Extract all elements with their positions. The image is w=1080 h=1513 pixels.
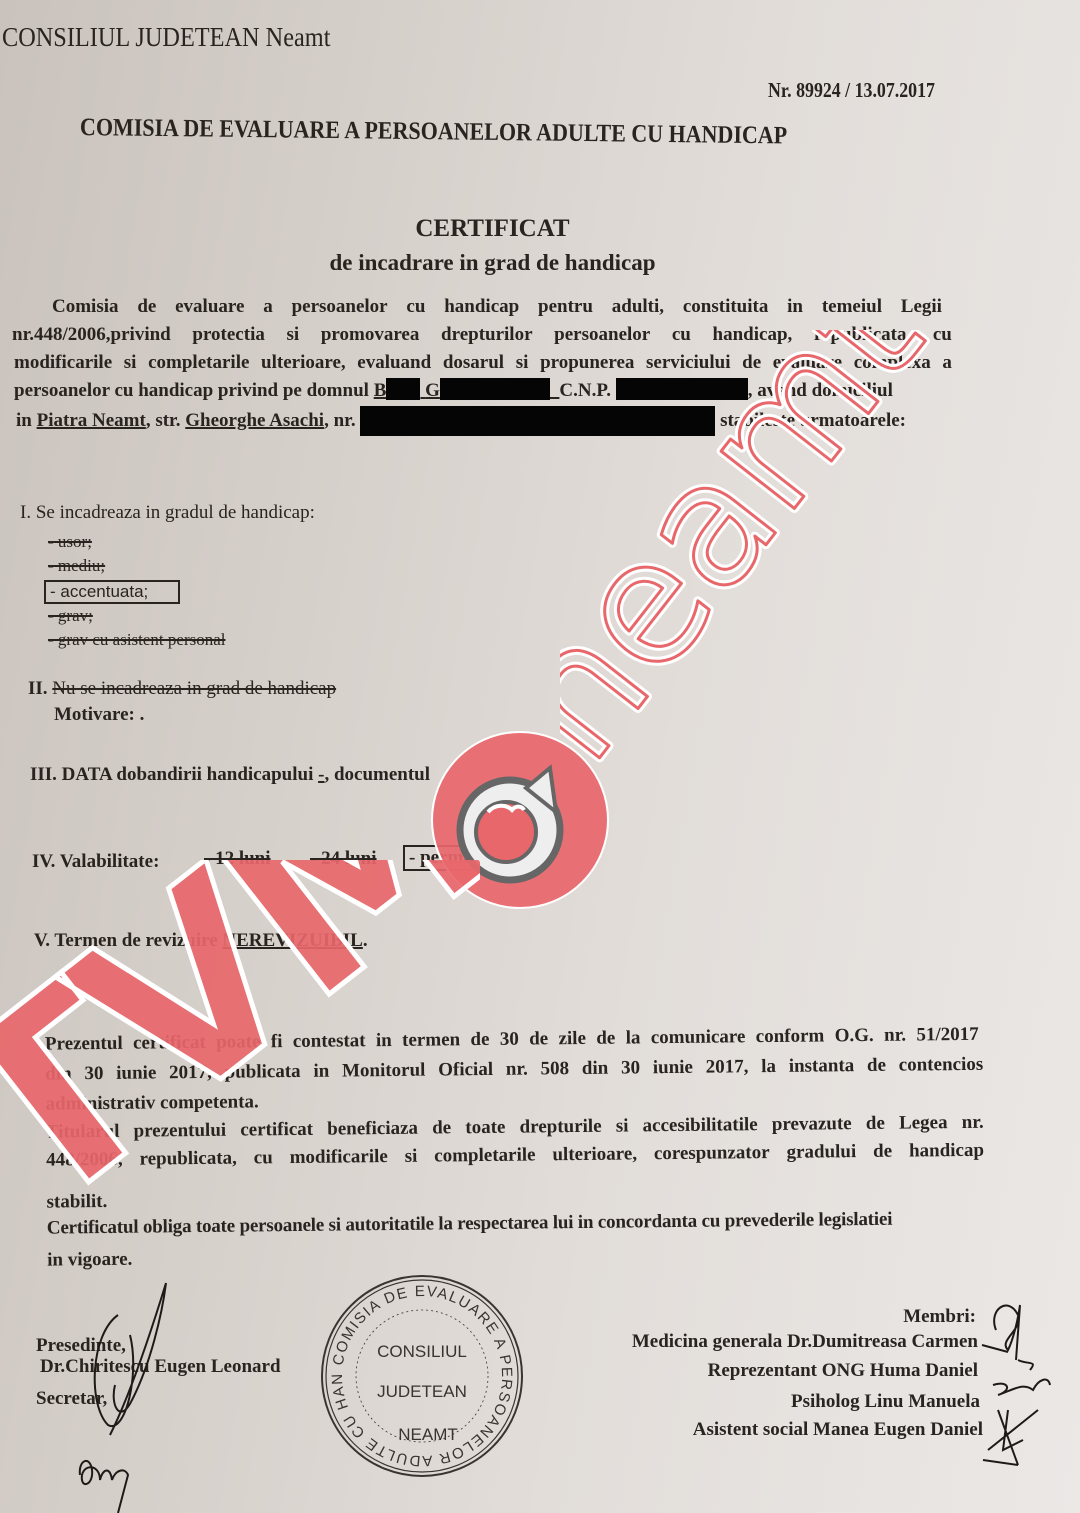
word: handicap,	[713, 322, 793, 348]
word: de	[529, 1026, 548, 1052]
word: nr.	[962, 1110, 984, 1136]
word: de	[867, 1053, 886, 1079]
svg-text:NEAMT: NEAMT	[398, 1425, 458, 1444]
section-4-label: IV. Valabilitate:	[32, 851, 159, 873]
word: cu	[406, 294, 425, 320]
intro-line-3: modificarilesicompletarileulterioare,eva…	[14, 350, 952, 376]
validity-option: - 12 luni	[204, 848, 271, 870]
word: instanta	[789, 1053, 855, 1080]
word: din	[582, 1056, 609, 1082]
word: evaluare	[773, 350, 842, 376]
word: 30	[621, 1055, 640, 1081]
word: O.G.	[835, 1023, 874, 1049]
word: beneficiaza	[327, 1116, 418, 1143]
tvm-logo-watermark	[420, 720, 620, 920]
word: prezentului	[133, 1118, 226, 1145]
word: in	[313, 1059, 329, 1085]
word: complexa	[854, 350, 931, 376]
president-label: Presedinte,	[36, 1335, 126, 1357]
section-1-heading: I. Se incadreaza in gradul de handicap:	[20, 502, 315, 524]
word: drepturilor	[441, 322, 532, 348]
word: adulti,	[612, 294, 664, 320]
certificate-subtitle: de incadrare in grad de handicap	[0, 250, 985, 276]
word: drepturile	[519, 1114, 601, 1141]
word: iunie	[653, 1055, 693, 1081]
legal-p1-line-1: Prezentulcertificatpoateficontestatinter…	[45, 1022, 979, 1058]
word: Legii	[901, 294, 942, 320]
validity-option: - 24 luni	[310, 848, 377, 870]
word: temeiul	[822, 294, 882, 320]
issuing-organization: CONSILIUL JUDETEAN Neamt	[2, 22, 330, 53]
word: a	[263, 294, 273, 320]
validity-selected: - permanent	[403, 845, 515, 871]
word: 2017,	[169, 1060, 212, 1086]
word: in	[376, 1028, 392, 1054]
word: toate	[465, 1115, 505, 1141]
member-entry: Medicina generala Dr.Dumitreasa Carmen	[632, 1331, 978, 1353]
word: pentru	[538, 294, 593, 320]
word: evaluare	[175, 294, 244, 320]
grade-option: - grav cu asistent personal	[48, 630, 226, 650]
word: certificat	[240, 1117, 313, 1144]
redacted-address	[360, 406, 715, 436]
grade-option: - usor;	[48, 532, 92, 552]
members-label: Membri:	[903, 1306, 976, 1328]
word: contestat	[293, 1028, 366, 1055]
word: gradului	[786, 1139, 856, 1166]
word: nr.	[506, 1057, 528, 1083]
word: de	[137, 294, 156, 320]
word: cu	[933, 322, 952, 348]
word: in	[787, 294, 803, 320]
secretary-label: Secretar,	[36, 1388, 107, 1410]
members-signatures	[978, 1290, 1068, 1470]
word: 30	[84, 1061, 103, 1087]
word: si	[616, 1113, 629, 1139]
intro-line-5: in Piatra Neamt, str. Gheorghe Asachi, n…	[16, 406, 906, 436]
word: Prezentul	[45, 1031, 123, 1058]
legal-p1-line-3: administrativ competenta.	[45, 1089, 258, 1117]
word: de	[873, 1139, 892, 1165]
word: handicap	[444, 294, 519, 320]
person-name: B G	[374, 380, 560, 401]
word: promovarea	[321, 322, 420, 348]
street: Gheorghe Asachi	[185, 410, 324, 431]
word: zile	[558, 1026, 586, 1052]
word: si	[287, 322, 300, 348]
svg-text:JUDETEAN: JUDETEAN	[377, 1382, 467, 1401]
certificate-page: CONSILIUL JUDETEAN Neamt Nr. 89924 / 13.…	[0, 0, 1080, 1513]
word: de	[742, 350, 761, 376]
word: 2017,	[706, 1054, 749, 1080]
word: Oficial	[438, 1057, 493, 1084]
word: prevazute	[772, 1111, 852, 1138]
word: la	[626, 1025, 641, 1051]
legal-p3-line-1: Certificatul obliga toate persoanele si …	[47, 1207, 893, 1242]
word: ulterioare,	[261, 350, 346, 376]
word: republicata,	[139, 1146, 237, 1173]
word: modificarile	[290, 1144, 388, 1171]
word: de	[432, 1115, 451, 1141]
legal-p3-line-2: in vigoare.	[47, 1247, 132, 1274]
word: certificat	[133, 1030, 206, 1057]
intro-line-2: nr.448/2006,privindprotectiasipromovarea…	[12, 322, 952, 348]
legal-p2-line-3: stabilit.	[46, 1189, 107, 1216]
grade-option: - mediu;	[48, 556, 105, 576]
certificate-title: CERTIFICAT	[0, 215, 985, 243]
word: modificarile	[14, 350, 112, 376]
word: Legea	[899, 1110, 948, 1137]
word: dosarul	[443, 350, 504, 376]
word: 448/2006,	[46, 1147, 123, 1174]
word: persoanelor	[292, 294, 388, 320]
word: completarile	[148, 350, 249, 376]
section-2: II. Nu se incadreaza in grad de handicap	[28, 678, 336, 700]
word: 508	[540, 1056, 569, 1082]
word: propunerea	[540, 350, 634, 376]
word: accesibilitatile	[642, 1112, 757, 1139]
section-2-motivation: Motivare: .	[54, 704, 144, 726]
word: si	[516, 350, 529, 376]
word: fi	[271, 1029, 283, 1055]
word: ulterioare,	[552, 1141, 637, 1168]
word: republicata,	[814, 322, 911, 348]
redacted-block	[440, 378, 550, 400]
grade-option: - grav;	[48, 606, 93, 626]
commission-title: COMISIA DE EVALUARE A PERSOANELOR ADULTE…	[80, 114, 787, 150]
word: comunicare	[651, 1024, 746, 1051]
word: evaluand	[357, 350, 431, 376]
member-entry: Asistent social Manea Eugen Daniel	[693, 1419, 983, 1441]
revision-term: NEREVIZUIBIL	[222, 930, 362, 951]
word: completarile	[434, 1142, 536, 1169]
intro-line-1: Comisiadeevaluareapersoanelorcuhandicapp…	[52, 294, 942, 320]
section-2-heading: Nu se incadreaza in grad de handicap	[52, 678, 336, 699]
grade-selected: - accentuata;	[44, 580, 180, 604]
word: protectia	[192, 322, 264, 348]
legal-p1-line-2: din30iunie2017,publicatainMonitorulOfici…	[45, 1052, 983, 1088]
member-entry: Psiholog Linu Manuela	[791, 1391, 980, 1413]
word: de	[596, 1026, 615, 1052]
redacted-block	[386, 378, 420, 400]
word: handicap	[909, 1138, 984, 1165]
word: Titularul	[46, 1119, 120, 1146]
word: serviciului	[646, 350, 730, 376]
word: Monitorul	[342, 1058, 426, 1085]
word: de	[866, 1111, 885, 1137]
word: la	[761, 1054, 776, 1080]
president-name: Dr.Chiritescu Eugen Leonard	[40, 1356, 281, 1378]
section-3: III. DATA dobandirii handicapului -, doc…	[30, 764, 430, 786]
word: nr.	[884, 1023, 906, 1049]
document-number: Nr. 89924 / 13.07.2017	[768, 78, 935, 103]
word: iunie	[116, 1060, 156, 1086]
redacted-cnp	[616, 378, 748, 400]
word: si	[405, 1144, 418, 1170]
word: si	[124, 350, 137, 376]
word: corespunzator	[654, 1140, 770, 1167]
member-entry: Reprezentant ONG Huma Daniel	[708, 1360, 978, 1382]
word: 51/2017	[916, 1022, 979, 1049]
word: din	[45, 1061, 72, 1087]
word: Comisia	[52, 294, 119, 320]
section-5: V. Termen de revizuire NEREVIZUIBIL.	[34, 930, 368, 952]
word: constituita	[683, 294, 769, 320]
word: nr.448/2006,privind	[12, 322, 171, 348]
word: persoanelor	[554, 322, 650, 348]
word: a	[942, 350, 952, 376]
word: publicata	[224, 1059, 300, 1086]
word: termen	[402, 1027, 460, 1054]
word: cu	[672, 322, 691, 348]
svg-text:CONSILIUL: CONSILIUL	[377, 1342, 467, 1361]
city: Piatra Neamt	[37, 410, 146, 431]
intro-line-4: persoanelor cu handicap privind pe domnu…	[14, 378, 893, 404]
word: de	[470, 1027, 489, 1053]
word: contencios	[899, 1052, 984, 1079]
official-stamp: COMISIA DE EVALUARE A PERSOANELOR ADULTE…	[318, 1272, 526, 1480]
word: cu	[254, 1145, 273, 1171]
word: conform	[756, 1023, 825, 1050]
word: 30	[500, 1027, 519, 1053]
word: poate	[216, 1029, 261, 1055]
